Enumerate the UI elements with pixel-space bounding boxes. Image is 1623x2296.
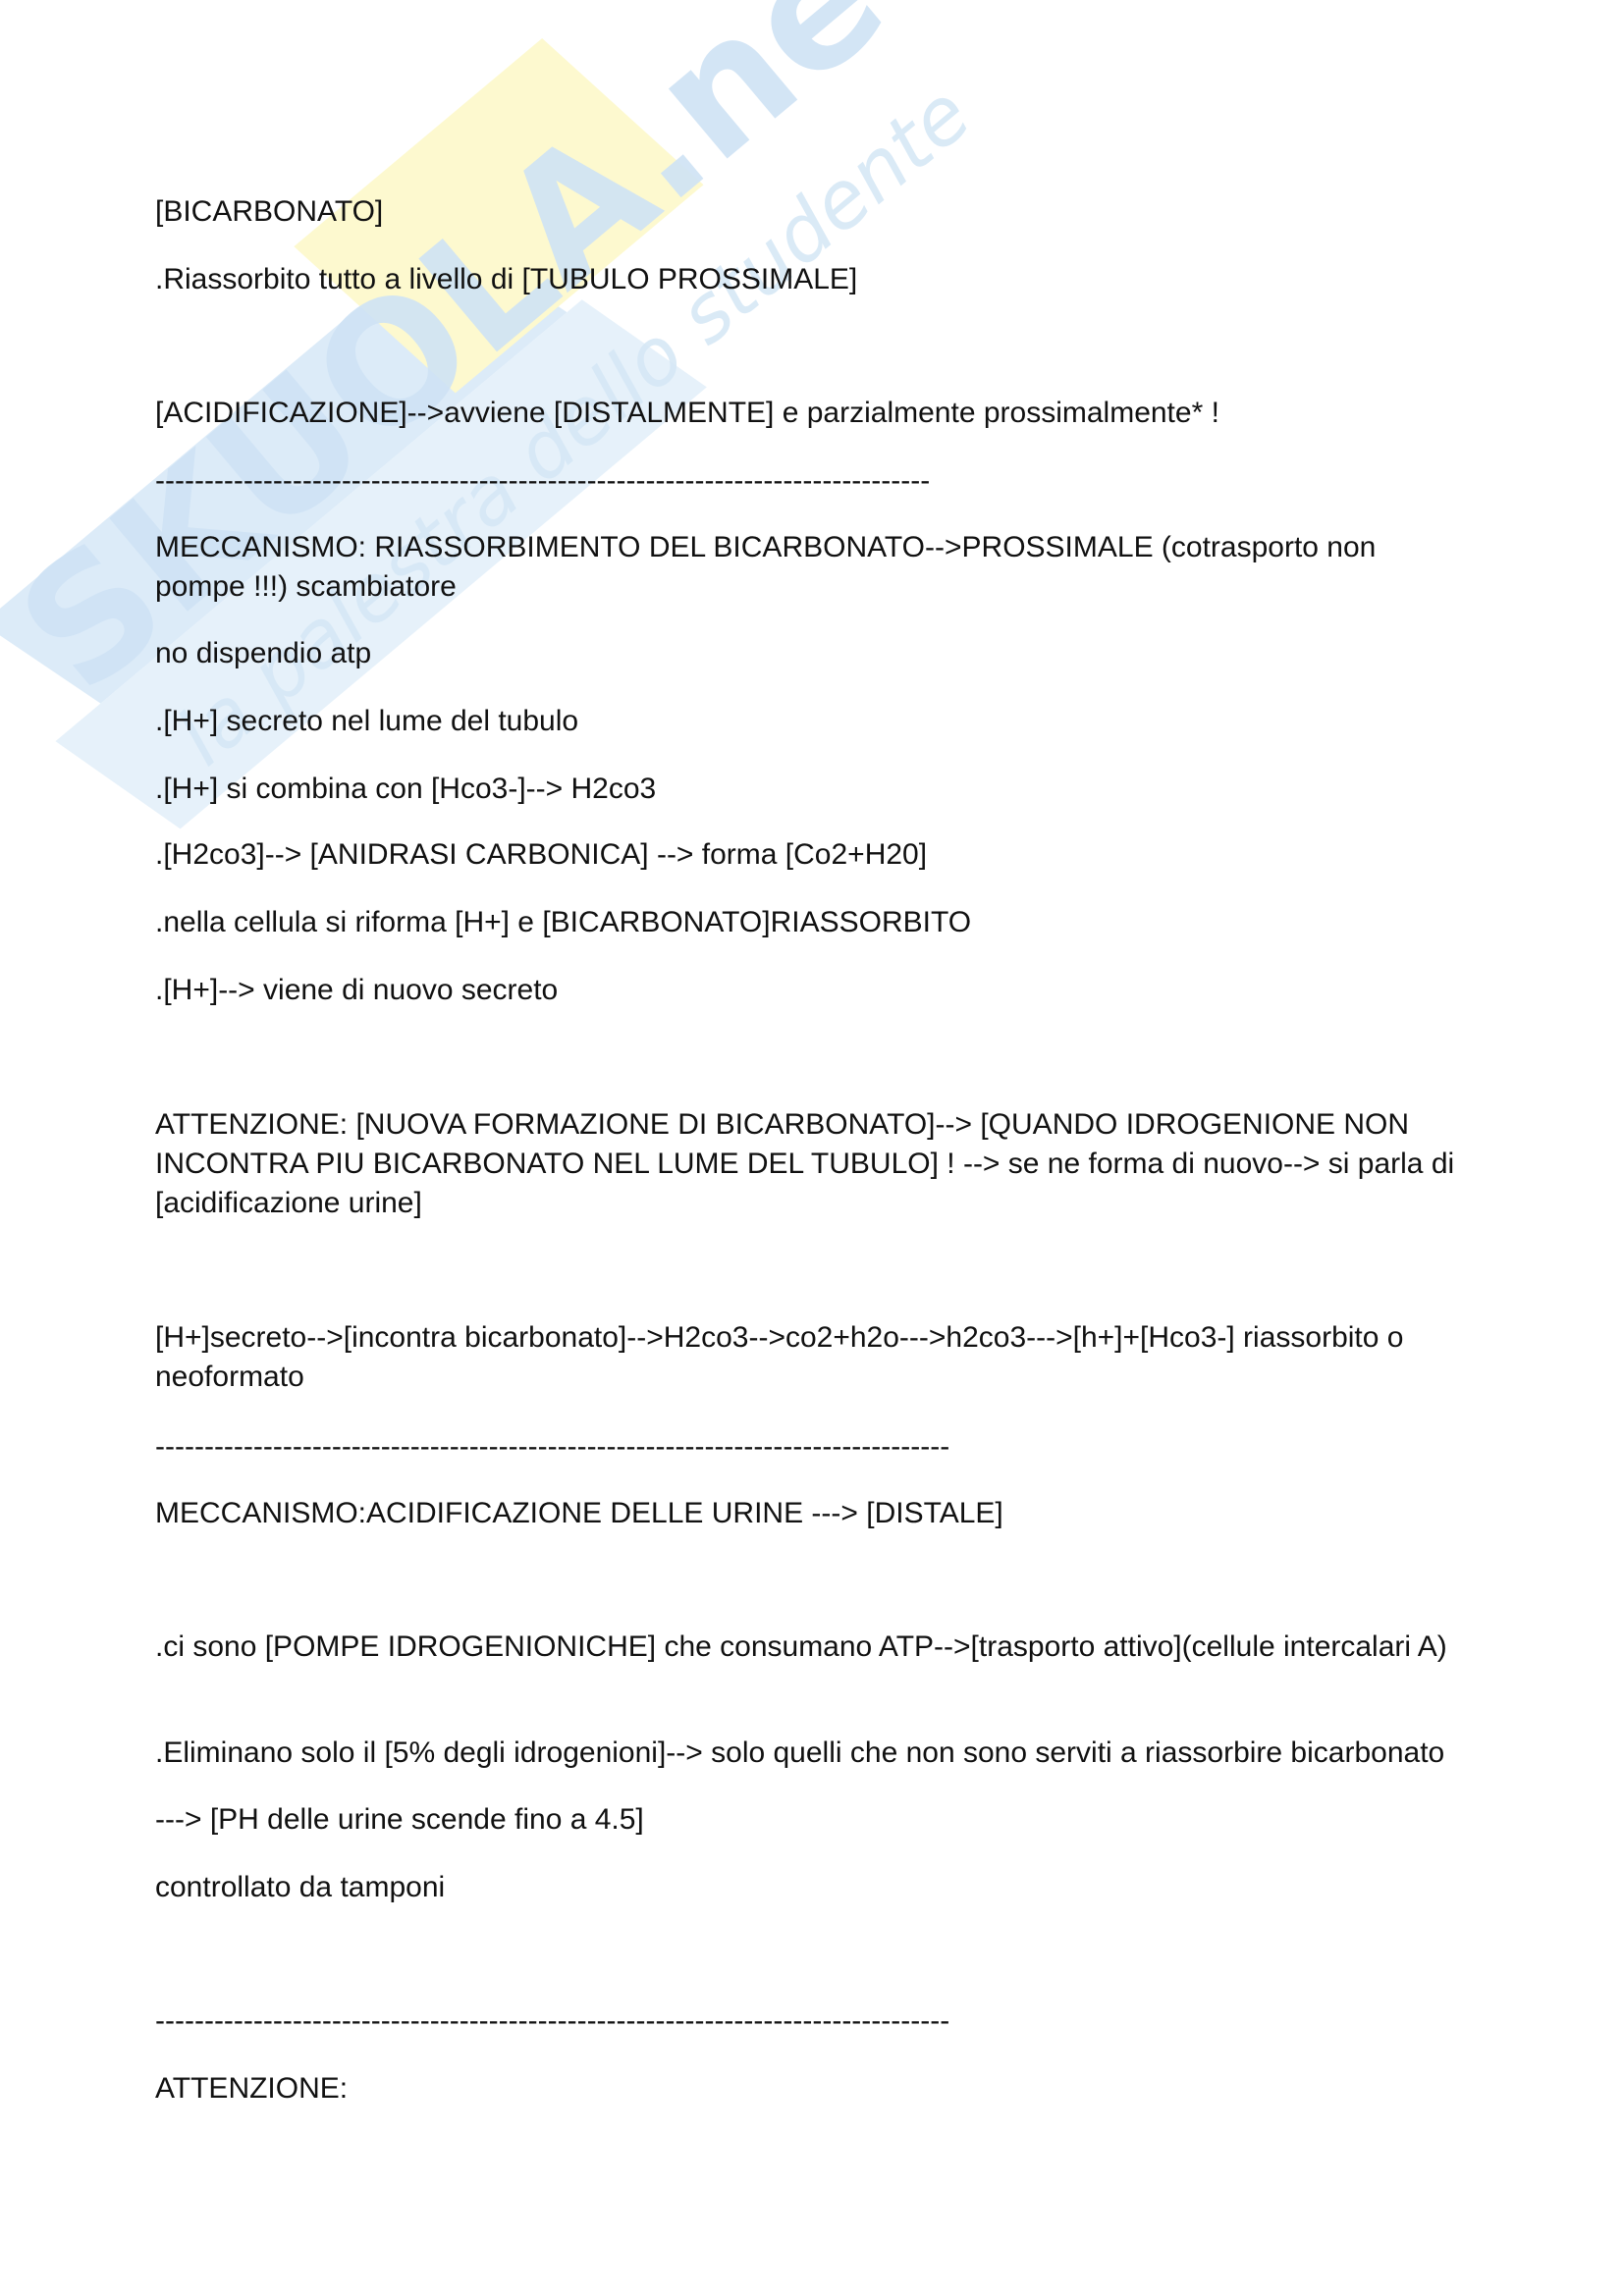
paragraph-attenzione-nuova-formazione: ATTENZIONE: [NUOVA FORMAZIONE DI BICARBO… bbox=[155, 1105, 1471, 1223]
list-item-viene-secreto: .[H+]--> viene di nuovo secreto bbox=[155, 971, 1490, 1010]
paragraph-acidificazione: [ACIDIFICAZIONE]-->avviene [DISTALMENTE]… bbox=[155, 394, 1490, 433]
heading-meccanismo-riassorbimento: MECCANISMO: RIASSORBIMENTO DEL BICARBONA… bbox=[155, 528, 1422, 607]
heading-bicarbonato: [BICARBONATO] bbox=[155, 192, 1490, 232]
paragraph-no-dispendio: no dispendio atp bbox=[155, 634, 1490, 673]
list-item-pompe-idrogenioniche: .ci sono [POMPE IDROGENIONICHE] che cons… bbox=[155, 1628, 1471, 1667]
list-item-h-secreto: .[H+] secreto nel lume del tubulo bbox=[155, 702, 1490, 741]
divider-dashes-2: ----------------------------------------… bbox=[155, 1427, 1490, 1467]
list-item-h-combina: .[H+] si combina con [Hco3-]--> H2co3 bbox=[155, 770, 1490, 809]
paragraph-reaction-chain: [H+]secreto-->[incontra bicarbonato]-->H… bbox=[155, 1318, 1471, 1397]
paragraph-riassorbito: .Riassorbito tutto a livello di [TUBULO … bbox=[155, 260, 1490, 299]
heading-meccanismo-acidificazione: MECCANISMO:ACIDIFICAZIONE DELLE URINE --… bbox=[155, 1494, 1490, 1533]
list-item-h2co3: .[H2co3]--> [ANIDRASI CARBONICA] --> for… bbox=[155, 835, 1490, 875]
list-item-nella-cellula: .nella cellula si riforma [H+] e [BICARB… bbox=[155, 903, 1490, 942]
divider-dashes-3: ----------------------------------------… bbox=[155, 2002, 1490, 2041]
paragraph-controllato-tamponi: controllato da tamponi bbox=[155, 1868, 1490, 1907]
divider-dashes-1: ----------------------------------------… bbox=[155, 461, 1490, 501]
list-item-ph-urine: ---> [PH delle urine scende fino a 4.5] bbox=[155, 1800, 1490, 1840]
list-item-eliminano: .Eliminano solo il [5% degli idrogenioni… bbox=[155, 1734, 1490, 1773]
document-page: [BICARBONATO] .Riassorbito tutto a livel… bbox=[0, 0, 1623, 2296]
heading-attenzione: ATTENZIONE: bbox=[155, 2069, 1490, 2109]
